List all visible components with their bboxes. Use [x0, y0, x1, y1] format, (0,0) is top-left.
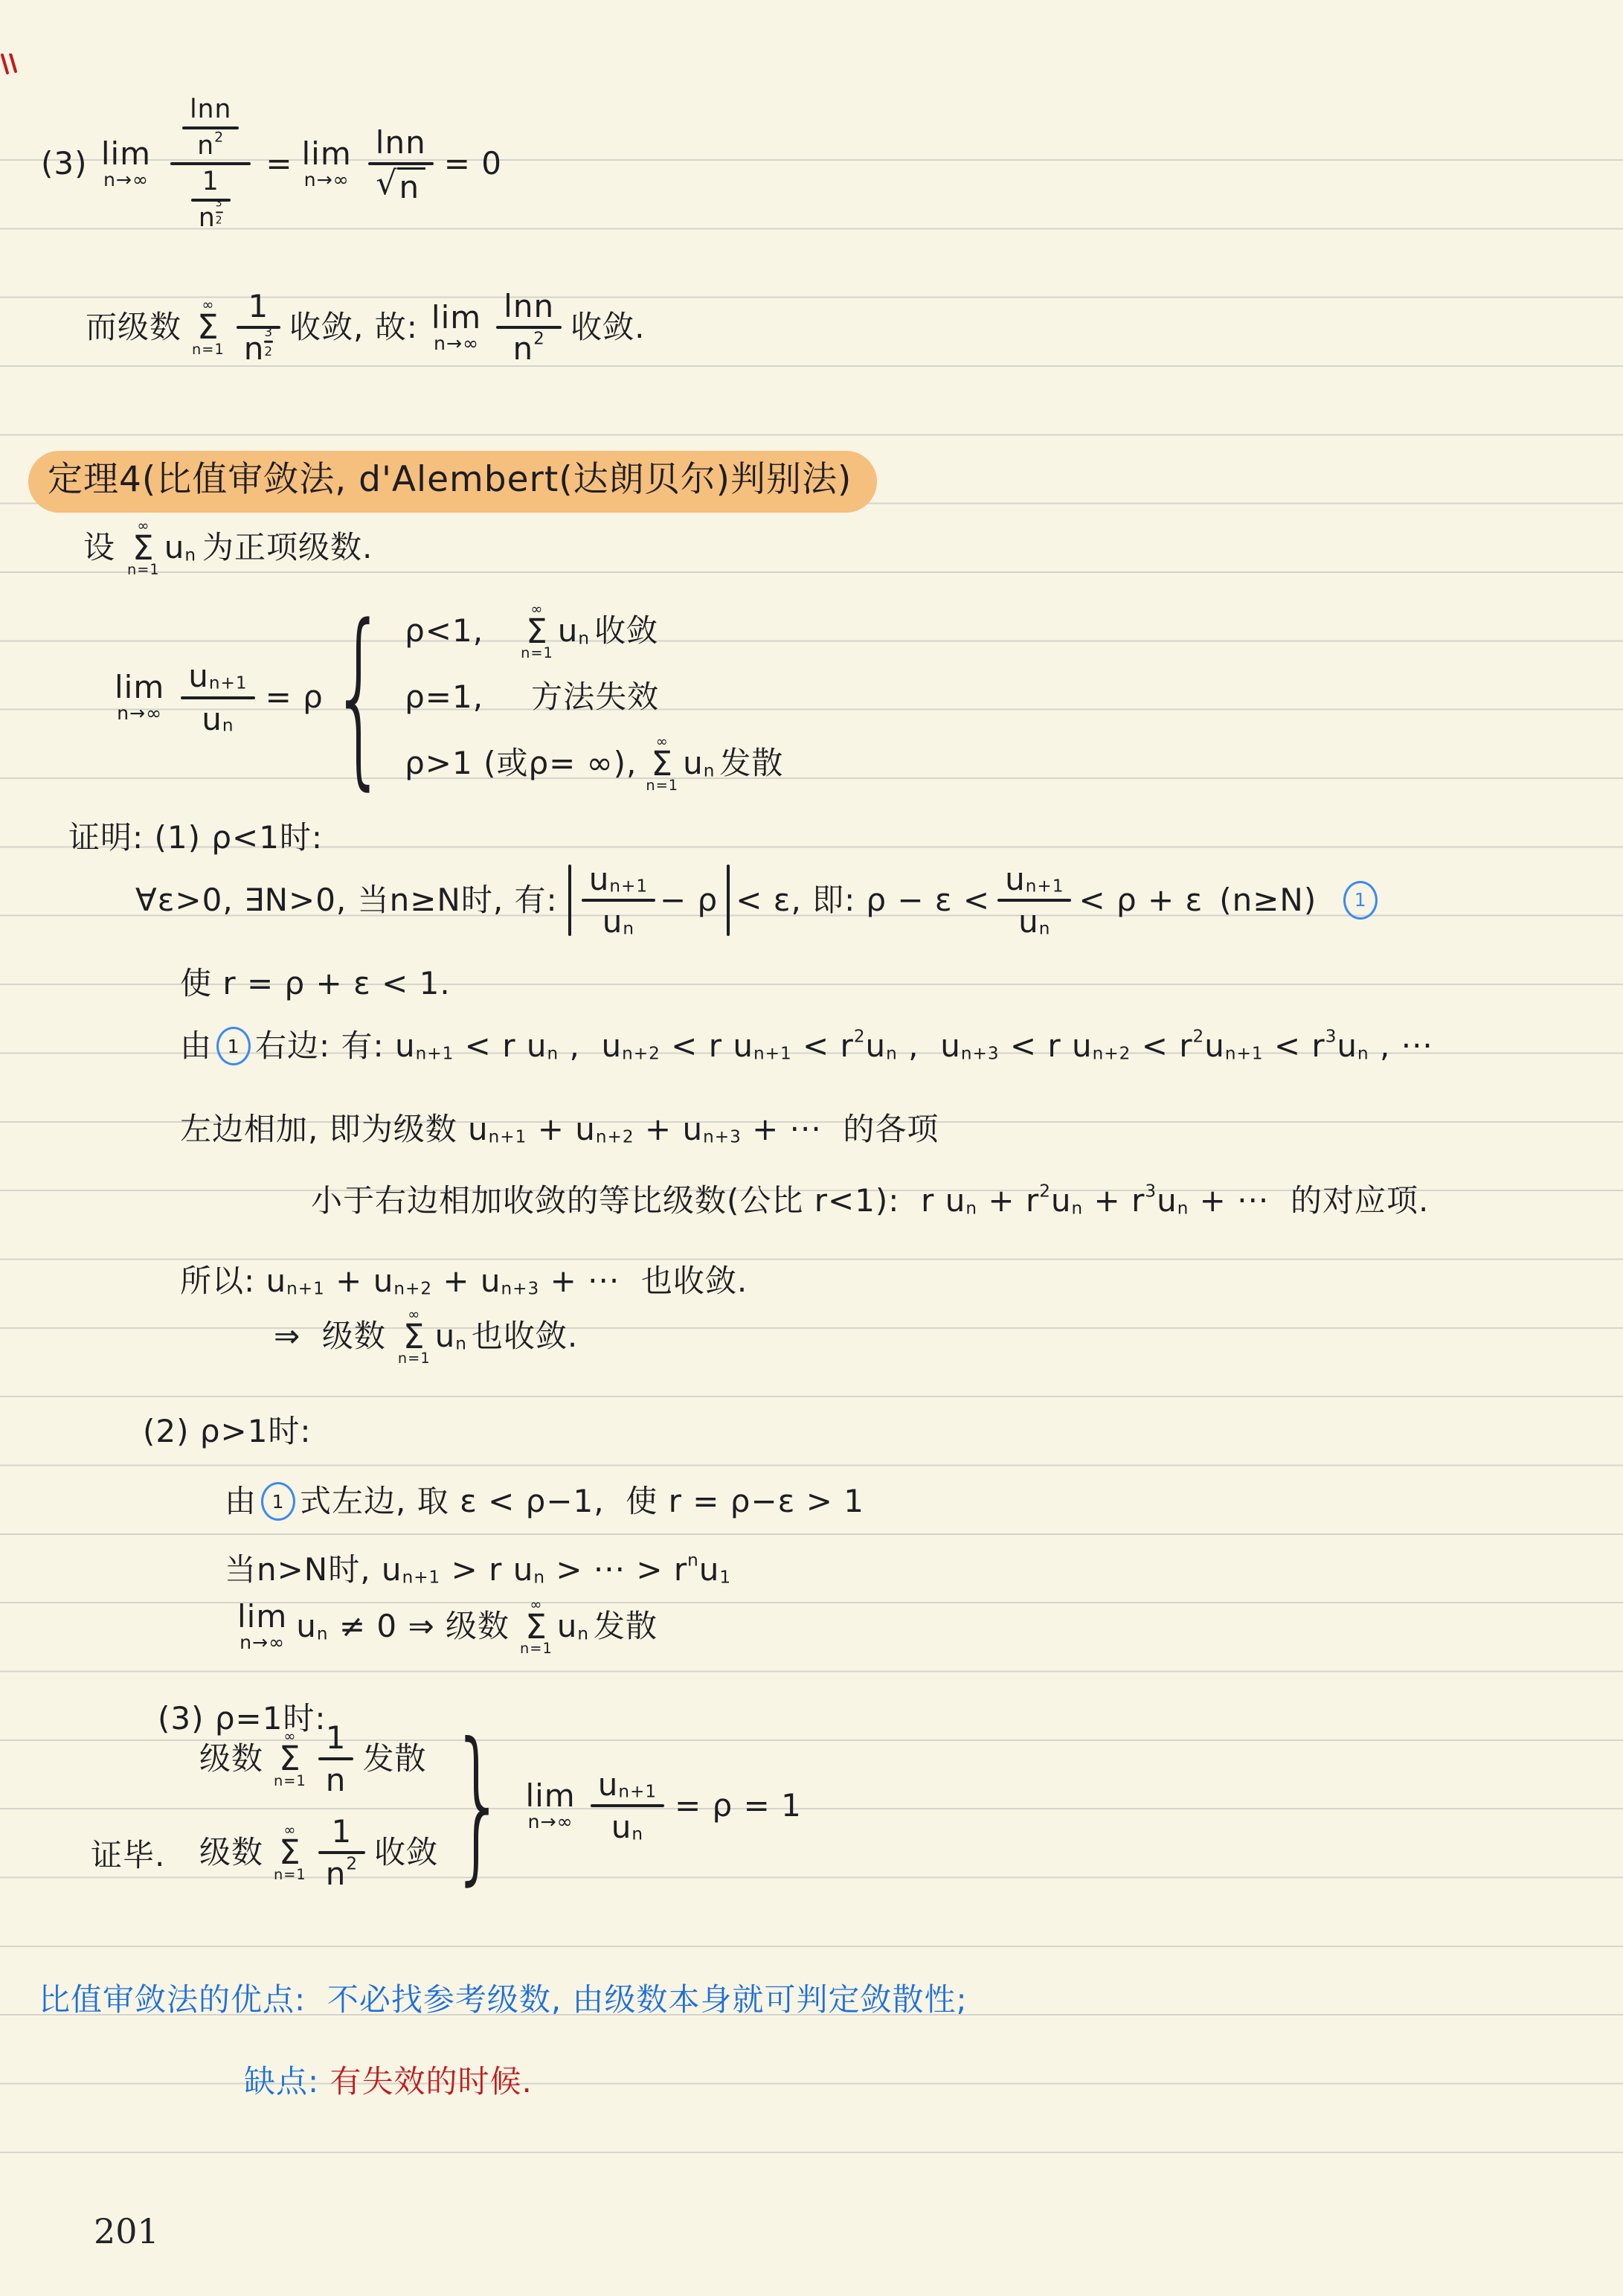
text-run: + ··· 也收敛. [539, 1262, 748, 1301]
stacked-row: 级数∞Σn=11n发散 [199, 1720, 426, 1798]
limit: limn→∞ [101, 138, 151, 190]
denominator: un [604, 1809, 651, 1844]
case3-examples-block: 级数∞Σn=11n发散级数∞Σn=11n2收敛}limn→∞un+1un= ρ … [199, 1720, 802, 1891]
text-run: u [866, 1027, 887, 1066]
numerator: un+1 [181, 658, 254, 693]
superscript-fraction: 32 [264, 325, 273, 358]
text-run: 收敛, 故: [289, 308, 418, 347]
text-run: u [296, 1607, 317, 1646]
stacked-row: 级数∞Σn=11n2收敛 [199, 1814, 438, 1891]
text-run: lnn [190, 95, 231, 124]
disadvantage-note-line: 缺点: 有失效的时候. [244, 2062, 533, 2102]
text-run: = ρ [266, 678, 324, 717]
denominator: un [595, 904, 642, 939]
summation: ∞Σn=1 [646, 735, 678, 792]
therefore-converges-line: 所以: un+1 + un+2 + un+3 + ··· 也收敛. [180, 1262, 748, 1301]
inequality-chain-line: 由1右边: 有: un+1 < r un , un+2 < r un+1 < r… [180, 1027, 1433, 1066]
limit-under: n→∞ [304, 170, 350, 190]
text-run: 级数 [199, 1739, 263, 1779]
superscript: 2 [214, 130, 224, 146]
fraction: lnn√n [368, 125, 434, 203]
text-run: u [1051, 1181, 1072, 1221]
text-run: < ρ + ε [1079, 881, 1203, 920]
text-run: ρ>1 (或ρ= ∞), [405, 744, 637, 783]
numerator: lnn [182, 95, 239, 124]
left-side-sum-line: 左边相加, 即为级数 un+1 + un+2 + un+3 + ··· 的各项 [180, 1110, 939, 1149]
text-run: (n≥N) [1219, 881, 1317, 920]
sum-lower: n=1 [646, 779, 678, 792]
text-run: 1 [202, 167, 219, 196]
text-run: 收敛 [374, 1833, 438, 1873]
text-run: 证毕. [91, 1836, 165, 1876]
text-run: 1 [326, 1720, 347, 1755]
limit-computation-line-3: (3) limn→∞lnnn21n32=limn→∞lnn√n= 0 [41, 95, 502, 232]
text-run: u [1337, 1027, 1357, 1066]
subscript: n [1177, 1198, 1189, 1219]
superscript: 2 [854, 1026, 866, 1048]
superscript: 2 [533, 330, 545, 349]
text-run: 方法失效 [531, 678, 659, 717]
text-run: + r [977, 1181, 1039, 1221]
text-run: 也收敛. [472, 1317, 578, 1356]
numerator: un+1 [591, 1767, 664, 1802]
text-run: 式左边, 取 ε < ρ−1, 使 r = ρ−ε > 1 [300, 1482, 864, 1521]
limit: limn→∞ [115, 672, 164, 723]
fraction: lnnn2 [496, 289, 562, 366]
denominator: un [1011, 904, 1058, 939]
subscript: n [1357, 1043, 1369, 1065]
limit-word: lim [431, 302, 481, 334]
text-run: u [683, 744, 704, 783]
text-run: ⇒ 级数 [274, 1317, 386, 1356]
text-run: + u [634, 1110, 704, 1149]
limit: limn→∞ [302, 138, 352, 190]
limit: limn→∞ [431, 302, 481, 353]
summation: ∞Σn=1 [520, 1598, 553, 1655]
numerator: 1 [318, 1720, 354, 1755]
text-run: 右边: 有: u [255, 1027, 416, 1066]
text-run: u [435, 1317, 456, 1356]
fraction-bar [264, 341, 273, 343]
text-run: 当n>N时, u [225, 1551, 402, 1590]
limit-under: n→∞ [528, 1812, 573, 1832]
subscript: n+1 [1026, 877, 1064, 897]
limit-under: n→∞ [434, 334, 479, 353]
summation: ∞Σn=1 [274, 1824, 306, 1881]
subscript: n [222, 716, 234, 736]
text-run: 发散 [594, 1607, 658, 1646]
text-run: < r u [454, 1027, 547, 1066]
denominator: n2 [505, 331, 552, 366]
sum-lower: n=1 [398, 1352, 431, 1365]
page-number: 201 [94, 2211, 159, 2251]
subscript: n [704, 760, 716, 782]
text-run: 发散 [362, 1739, 426, 1779]
subscript: n+3 [703, 1126, 742, 1148]
text-run: 级数 [199, 1833, 263, 1873]
radicand: n [397, 167, 425, 203]
limit: limn→∞ [525, 1780, 575, 1832]
text-run: 定理4(比值审敛法, d'Alembert(达朗贝尔)判别法) [48, 458, 852, 502]
subscript: n+2 [393, 1278, 432, 1300]
vertical-bar [568, 865, 571, 936]
sigma: Σ [403, 1321, 425, 1353]
vertical-bar [727, 865, 730, 936]
fraction-bar [318, 1851, 365, 1854]
subscript: n+2 [596, 1126, 634, 1148]
subscript: n [184, 545, 196, 567]
subscript: 1 [719, 1567, 731, 1588]
text-run: < r [1131, 1027, 1192, 1066]
proof-header-case1: 证明: (1) ρ<1时: [68, 818, 323, 858]
text-run: lnn [376, 125, 426, 160]
numerator: 1 [241, 289, 277, 324]
text-run: 证明: (1) ρ<1时: [68, 818, 323, 858]
text-run: 由 [180, 1027, 212, 1066]
text-run: 小于右边相加收敛的等比级数(公比 r<1): r u [311, 1181, 965, 1221]
numerator: 1 [195, 167, 227, 196]
fraction-bar [237, 326, 280, 329]
text-run: = 0 [444, 144, 502, 184]
denominator: 1n32 [179, 167, 242, 232]
fraction: un+1un [591, 1767, 664, 1844]
text-run: n [512, 331, 533, 366]
subscript: n [631, 1825, 643, 1844]
subscript: n+2 [622, 1043, 661, 1065]
fraction-bar [496, 326, 562, 329]
text-run: < r u [1000, 1027, 1093, 1066]
advantage-note-line: 比值审敛法的优点: 不必找参考级数, 由级数本身就可判定敛散性; [39, 1981, 968, 2020]
summation: ∞Σn=1 [398, 1308, 431, 1365]
text-run: (2) ρ>1时: [143, 1412, 312, 1452]
superscript: 2 [346, 1855, 358, 1874]
subscript: n+1 [489, 1126, 527, 1148]
text-run: 发散 [719, 744, 783, 783]
fraction: lnnn21n32 [170, 95, 251, 232]
case2-inequality-line: 当n>N时, un+1 > r un > ··· > rnu1 [225, 1551, 731, 1590]
subscript: n [577, 1624, 589, 1646]
subscript: n+2 [1093, 1043, 1131, 1065]
ratio-test-cases-block: limn→∞un+1un= ρ{ρ<1,∞Σn=1un收敛ρ=1,方法失效ρ>1… [112, 603, 783, 792]
superscript: 3 [1325, 1026, 1337, 1048]
sigma: Σ [526, 616, 548, 647]
fraction: un+1un [997, 862, 1071, 939]
subscript: n+1 [609, 877, 648, 897]
sum-lower: n=1 [274, 1868, 306, 1882]
text-run: u [164, 528, 185, 568]
text-run: u [1018, 904, 1039, 939]
limit-word: lim [237, 1601, 287, 1633]
text-run: = ρ = 1 [675, 1786, 802, 1826]
text-run: u [699, 1551, 720, 1590]
stacked-rows: ρ<1,∞Σn=1un收敛ρ=1,方法失效ρ>1 (或ρ= ∞),∞Σn=1un… [405, 603, 783, 792]
numerator: lnn [496, 289, 562, 324]
limit-under: n→∞ [103, 170, 149, 190]
sigma: Σ [651, 748, 673, 780]
text-run: u [598, 1767, 619, 1802]
subscript: n+3 [501, 1278, 540, 1300]
text-run: + r [1083, 1181, 1145, 1221]
text-run: < r [792, 1027, 854, 1066]
subscript: n [317, 1624, 329, 1646]
text-run: u [202, 702, 222, 737]
text-run: < r u [661, 1027, 753, 1066]
denominator: un [194, 702, 241, 737]
numerator: lnnn2 [170, 95, 251, 160]
sum-lower: n=1 [274, 1774, 306, 1788]
sum-lower: n=1 [521, 647, 553, 660]
text-run: < ε, 即: [736, 881, 855, 920]
subscript: n+1 [416, 1043, 454, 1065]
text-run: 有失效的时候. [330, 2062, 533, 2102]
subscript: n [455, 1334, 467, 1356]
text-run: u [589, 862, 610, 897]
text-run: 1 [332, 1814, 353, 1849]
limit-under: n→∞ [240, 1633, 285, 1652]
text-run: n [326, 1856, 347, 1891]
numerator: lnn [368, 125, 434, 160]
subscript: n+1 [1225, 1043, 1264, 1065]
fraction: 1n2 [318, 1814, 365, 1891]
text-run: 使 r = ρ + ε < 1. [180, 964, 451, 1004]
geometric-series-compare-line: 小于右边相加收敛的等比级数(公比 r<1): r un + r2un + r3u… [311, 1181, 1429, 1221]
radical-sign: √ [376, 167, 397, 200]
fraction-bar [181, 696, 254, 699]
fraction: 1n [318, 1720, 354, 1798]
text-run: + u [325, 1262, 394, 1301]
text-run: , u [898, 1027, 961, 1066]
text-run: , ··· [1369, 1027, 1433, 1066]
text-run: 为正项级数. [202, 528, 373, 568]
subscript: n [533, 1567, 545, 1588]
fraction-bar [170, 162, 251, 165]
superscript: 3 [1145, 1181, 1157, 1202]
sigma: Σ [279, 1743, 301, 1774]
text-run: ρ − ε < [866, 881, 990, 920]
fraction: lnnn2 [182, 95, 239, 160]
denominator: n2 [190, 132, 231, 161]
text-run: u [558, 612, 579, 651]
subscript: n [886, 1043, 898, 1065]
text-run: > ··· > r [545, 1551, 687, 1590]
circled-number: 1 [261, 1482, 295, 1521]
series-conclusion-line: 而级数∞Σn=11n32收敛, 故:limn→∞lnnn2收敛. [86, 289, 645, 366]
subscript: n [1072, 1198, 1084, 1219]
subscript: n [965, 1198, 977, 1219]
text-run: 比值审敛法的优点: 不必找参考级数, 由级数本身就可判定敛散性; [39, 1981, 968, 2020]
superscript: 2 [1193, 1026, 1205, 1048]
superscript-fraction: 32 [216, 199, 223, 226]
text-run: n [326, 1763, 347, 1798]
text-run: lnn [504, 289, 554, 324]
fraction-bar [216, 211, 223, 214]
numerator: 1 [324, 1814, 360, 1849]
text-run: = [266, 144, 292, 184]
sigma: Σ [197, 312, 219, 343]
denominator: n [318, 1763, 354, 1798]
text-run: 收敛. [571, 308, 645, 347]
circled-number: 1 [216, 1027, 251, 1065]
text-run: + ··· 的各项 [742, 1110, 939, 1149]
text-run: 而级数 [86, 308, 181, 347]
denominator: n32 [191, 204, 231, 233]
numerator: un+1 [997, 862, 1071, 897]
red-pen-mark-edge [0, 54, 19, 76]
text-run: ≠ 0 ⇒ 级数 [329, 1607, 510, 1646]
sum-lower: n=1 [127, 563, 160, 577]
text-run: u [1204, 1027, 1225, 1066]
stacked-row: ρ>1 (或ρ= ∞),∞Σn=1un发散 [405, 735, 783, 792]
brace: { [331, 602, 388, 793]
define-r-line: 使 r = ρ + ε < 1. [180, 964, 451, 1004]
text-run: < r [1264, 1027, 1325, 1066]
subscript: n [578, 629, 590, 650]
notebook-page: (3) limn→∞lnnn21n32=limn→∞lnn√n= 0而级数∞Σn… [0, 0, 1623, 2296]
text-run: n [199, 204, 216, 233]
subscript: n+1 [286, 1278, 325, 1300]
text-run: , u [559, 1027, 622, 1066]
text-run: 1 [248, 289, 269, 324]
denominator: 2 [216, 216, 223, 226]
denominator: √n [368, 167, 433, 203]
case2-diverges-line: limn→∞un ≠ 0 ⇒ 级数∞Σn=1un发散 [234, 1598, 658, 1655]
fraction-bar [182, 126, 239, 129]
text-run: u [602, 904, 623, 939]
text-run: + ··· 的对应项. [1189, 1181, 1429, 1221]
limit-word: lim [302, 138, 352, 170]
superscript: n [687, 1550, 699, 1571]
text-run: u [188, 658, 209, 693]
denominator: 2 [264, 345, 273, 359]
stacked-rows: 级数∞Σn=11n发散级数∞Σn=11n2收敛 [199, 1720, 438, 1891]
summation: ∞Σn=1 [192, 298, 225, 356]
theorem-setup-line: 设∞Σn=1un为正项级数. [83, 519, 373, 577]
subscript: n+1 [618, 1783, 657, 1802]
text-run: + u [527, 1110, 596, 1149]
text-run: 由 [225, 1482, 257, 1521]
limit-word: lim [525, 1780, 575, 1812]
fraction-bar [191, 199, 231, 202]
summation: ∞Σn=1 [127, 519, 160, 577]
square-root: √n [376, 167, 425, 203]
text-run: ∀ε>0, ∃N>0, 当n≥N时, 有: [135, 881, 558, 920]
case2-epsilon-line: 由1式左边, 取 ε < ρ−1, 使 r = ρ−ε > 1 [225, 1482, 864, 1521]
text-run: ρ<1, [405, 612, 483, 651]
text-run: n [244, 331, 265, 366]
numerator: un+1 [582, 862, 655, 897]
sum-lower: n=1 [520, 1642, 553, 1655]
sigma: Σ [279, 1837, 301, 1868]
text-run: (3) [41, 144, 98, 184]
stacked-row: ρ=1,方法失效 [405, 678, 659, 717]
subscript: n+1 [402, 1567, 441, 1588]
subscript: n [1039, 920, 1051, 939]
text-run: n [197, 132, 214, 161]
denominator: n32 [237, 331, 280, 366]
circled-number: 1 [1343, 881, 1378, 920]
fraction: 1n32 [191, 167, 231, 232]
sigma: Σ [132, 533, 155, 564]
subscript: n+1 [753, 1043, 792, 1065]
text-run: u [611, 1809, 632, 1844]
qed-line: 证毕. [91, 1836, 165, 1876]
subscript: n+3 [961, 1043, 1000, 1065]
text-run: 所以: u [180, 1262, 286, 1301]
subscript: n [547, 1043, 559, 1065]
text-run: 左边相加, 即为级数 u [180, 1110, 489, 1149]
fraction-bar [318, 1757, 354, 1760]
fraction: 1n32 [237, 289, 280, 366]
limit-under: n→∞ [117, 704, 162, 723]
fraction-bar [582, 899, 655, 902]
numerator: 3 [216, 199, 223, 209]
brace: } [450, 1723, 507, 1889]
text-run: + u [432, 1262, 501, 1301]
theorem-title-highlighted: 定理4(比值审敛法, d'Alembert(达朗贝尔)判别法) [28, 451, 877, 513]
stacked-row: ρ<1,∞Σn=1un收敛 [405, 603, 658, 660]
fraction: un+1un [582, 862, 655, 939]
limit: limn→∞ [237, 1601, 287, 1652]
sigma: Σ [525, 1612, 547, 1643]
limit-word: lim [115, 672, 164, 704]
text-run: u [1005, 862, 1026, 897]
epsilon-definition-line: ∀ε>0, ∃N>0, 当n≥N时, 有:un+1un− ρ< ε, 即:ρ −… [135, 862, 1382, 939]
limit-word: lim [101, 138, 151, 170]
numerator: 3 [264, 325, 273, 339]
fraction-bar [997, 899, 1071, 902]
subscript: n+1 [209, 674, 248, 693]
superscript: 2 [1039, 1181, 1051, 1202]
fraction-bar [591, 1804, 664, 1807]
subscript: n [623, 920, 634, 939]
text-run: > r u [440, 1551, 533, 1590]
text-run: 设 [83, 528, 115, 568]
summation: ∞Σn=1 [274, 1730, 306, 1787]
text-run: u [557, 1607, 578, 1646]
text-run: ρ=1, [405, 678, 483, 717]
implies-series-converges-line: ⇒ 级数∞Σn=1un也收敛. [274, 1308, 578, 1365]
text-run: 缺点: [244, 2062, 330, 2102]
denominator: n2 [318, 1856, 365, 1891]
text-run: 收敛 [594, 612, 658, 651]
fraction: un+1un [181, 658, 254, 736]
proof-header-case2: (2) ρ>1时: [143, 1412, 312, 1452]
text-run: u [1157, 1181, 1177, 1221]
sum-lower: n=1 [192, 343, 225, 356]
text-run: − ρ [660, 881, 718, 920]
summation: ∞Σn=1 [521, 603, 553, 660]
